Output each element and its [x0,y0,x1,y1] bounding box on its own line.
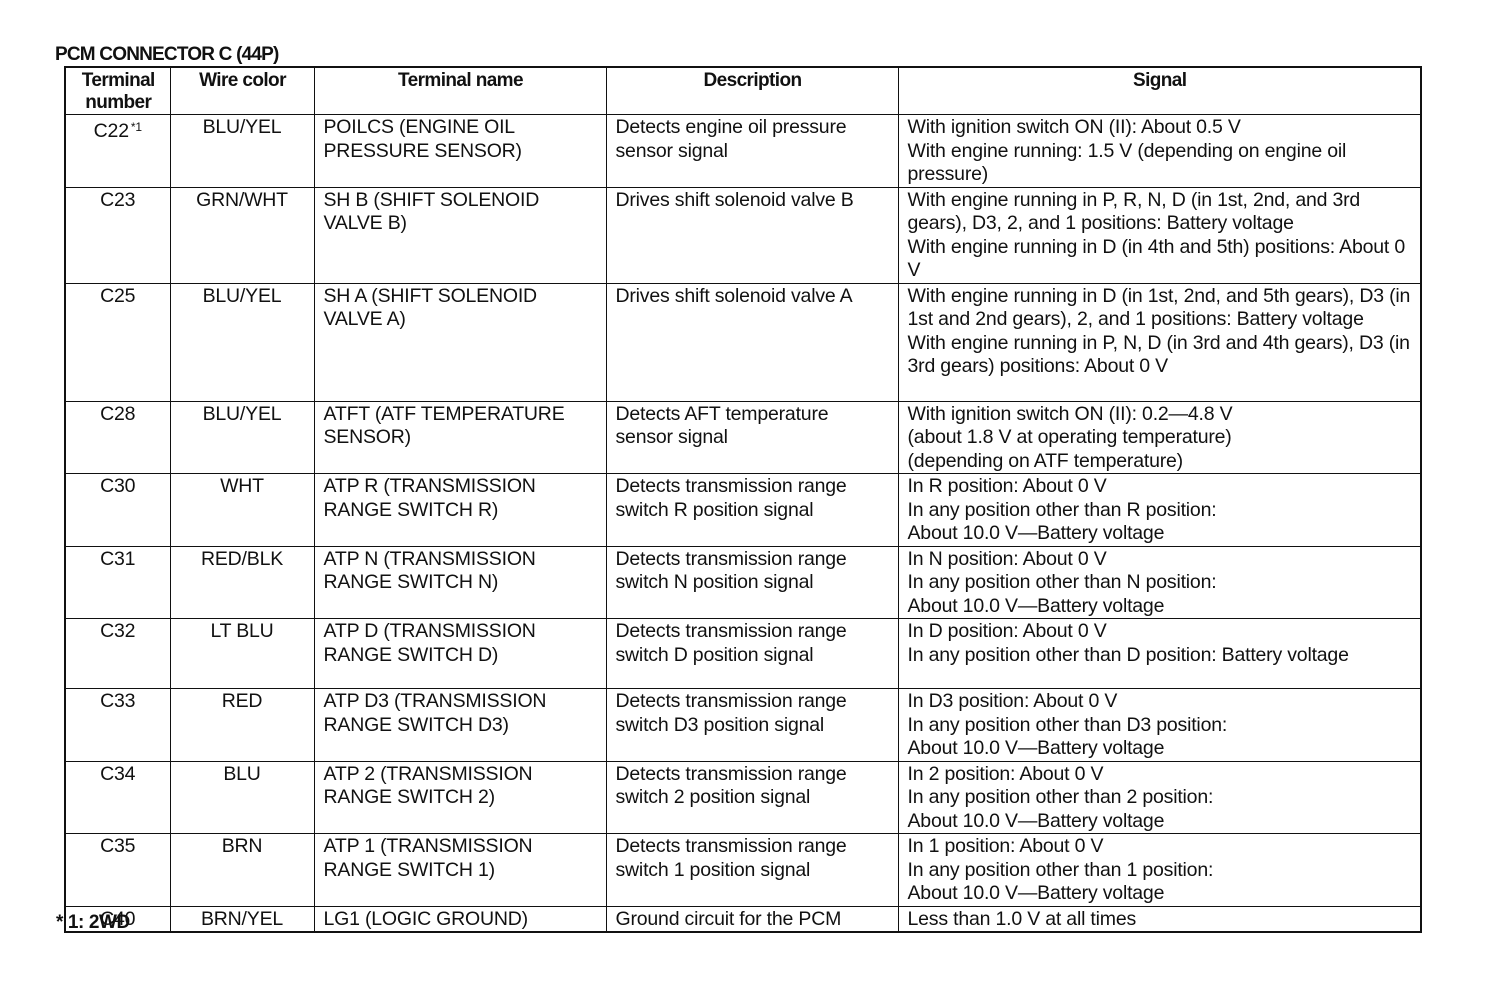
cell-terminal-name: SH A (SHIFT SOLENOID VALVE A) [314,283,606,401]
cell-signal: In D3 position: About 0 VIn any position… [898,689,1421,762]
cell-signal: With ignition switch ON (II): 0.2—4.8 V(… [898,401,1421,474]
cell-wire-color: BRN/YEL [170,906,314,932]
cell-terminal-name: ATP D3 (TRANSMISSION RANGE SWITCH D3) [314,689,606,762]
cell-wire-color: WHT [170,474,314,547]
header-signal: Signal [898,67,1421,115]
signal-line: In D3 position: About 0 V [908,690,1413,714]
cell-signal: In 2 position: About 0 VIn any position … [898,761,1421,834]
terminal-number: C23 [100,189,135,211]
cell-terminal-name: ATP D (TRANSMISSION RANGE SWITCH D) [314,619,606,689]
cell-wire-color: BRN [170,834,314,907]
cell-terminal-number: C23 [65,187,170,283]
signal-line: With engine running: 1.5 V (depending on… [908,140,1413,187]
cell-signal: In 1 position: About 0 VIn any position … [898,834,1421,907]
cell-description: Detects transmission range switch D posi… [606,619,898,689]
signal-line: In N position: About 0 V [908,548,1413,572]
cell-description: Ground circuit for the PCM [606,906,898,932]
signal-line: About 10.0 V—Battery voltage [908,522,1413,546]
table-row: C40BRN/YELLG1 (LOGIC GROUND)Ground circu… [65,906,1421,932]
header-terminal-name: Terminal name [314,67,606,115]
signal-line: In R position: About 0 V [908,475,1413,499]
signal-line: With ignition switch ON (II): 0.2—4.8 V [908,403,1413,427]
cell-terminal-name: ATFT (ATF TEMPERATURE SENSOR) [314,401,606,474]
terminal-number: C35 [100,835,135,857]
cell-description: Drives shift solenoid valve A [606,283,898,401]
table-row: C33REDATP D3 (TRANSMISSION RANGE SWITCH … [65,689,1421,762]
footnote: * 1: 2WD [56,912,130,934]
cell-description: Detects transmission range switch 1 posi… [606,834,898,907]
signal-line: In any position other than N position: [908,571,1413,595]
cell-terminal-name: LG1 (LOGIC GROUND) [314,906,606,932]
cell-wire-color: LT BLU [170,619,314,689]
signal-line: About 10.0 V—Battery voltage [908,595,1413,619]
table-body: C22*1BLU/YELPOILCS (ENGINE OIL PRESSURE … [65,115,1421,933]
signal-line: About 10.0 V—Battery voltage [908,737,1413,761]
cell-description: Detects engine oil pressure sensor signa… [606,115,898,188]
cell-wire-color: GRN/WHT [170,187,314,283]
cell-terminal-number: C25 [65,283,170,401]
cell-description: Detects transmission range switch 2 posi… [606,761,898,834]
footnote-marker: *1 [131,120,142,134]
pcm-connector-table: Terminal number Wire color Terminal name… [64,66,1422,933]
signal-line: In any position other than D position: B… [908,644,1413,668]
header-wire-color: Wire color [170,67,314,115]
signal-line: About 10.0 V—Battery voltage [908,882,1413,906]
cell-signal: With ignition switch ON (II): About 0.5 … [898,115,1421,188]
signal-line: In any position other than 1 position: [908,859,1413,883]
cell-wire-color: BLU [170,761,314,834]
table-header-row: Terminal number Wire color Terminal name… [65,67,1421,115]
cell-signal: In R position: About 0 VIn any position … [898,474,1421,547]
cell-description: Detects transmission range switch R posi… [606,474,898,547]
table-row: C32LT BLUATP D (TRANSMISSION RANGE SWITC… [65,619,1421,689]
cell-terminal-number: C22*1 [65,115,170,188]
cell-terminal-number: C32 [65,619,170,689]
signal-line: With engine running in D (in 1st, 2nd, a… [908,285,1413,332]
cell-wire-color: BLU/YEL [170,283,314,401]
signal-line: With engine running in D (in 4th and 5th… [908,236,1413,283]
cell-terminal-name: POILCS (ENGINE OIL PRESSURE SENSOR) [314,115,606,188]
table-row: C22*1BLU/YELPOILCS (ENGINE OIL PRESSURE … [65,115,1421,188]
cell-signal: With engine running in D (in 1st, 2nd, a… [898,283,1421,401]
table-row: C35BRNATP 1 (TRANSMISSION RANGE SWITCH 1… [65,834,1421,907]
cell-terminal-number: C33 [65,689,170,762]
terminal-number: C31 [100,548,135,570]
signal-line: With engine running in P, R, N, D (in 1s… [908,189,1413,236]
table-row: C30WHTATP R (TRANSMISSION RANGE SWITCH R… [65,474,1421,547]
cell-wire-color: RED [170,689,314,762]
signal-line: About 10.0 V—Battery voltage [908,810,1413,834]
signal-line: In any position other than 2 position: [908,786,1413,810]
terminal-number: C22 [94,120,129,142]
cell-terminal-number: C30 [65,474,170,547]
cell-signal: With engine running in P, R, N, D (in 1s… [898,187,1421,283]
table-row: C28BLU/YELATFT (ATF TEMPERATURE SENSOR)D… [65,401,1421,474]
signal-line: Less than 1.0 V at all times [908,908,1413,932]
header-description: Description [606,67,898,115]
signal-line: (about 1.8 V at operating temperature) [908,426,1413,450]
cell-description: Detects AFT temperature sensor signal [606,401,898,474]
table-row: C31RED/BLKATP N (TRANSMISSION RANGE SWIT… [65,546,1421,619]
cell-terminal-name: ATP 2 (TRANSMISSION RANGE SWITCH 2) [314,761,606,834]
signal-line: In D position: About 0 V [908,620,1413,644]
signal-line: With ignition switch ON (II): About 0.5 … [908,116,1413,140]
cell-description: Detects transmission range switch N posi… [606,546,898,619]
signal-line: In any position other than R position: [908,499,1413,523]
terminal-number: C32 [100,620,135,642]
cell-terminal-number: C34 [65,761,170,834]
signal-line: In 1 position: About 0 V [908,835,1413,859]
signal-line: (depending on ATF temperature) [908,450,1413,474]
terminal-number: C25 [100,285,135,307]
cell-signal: In D position: About 0 VIn any position … [898,619,1421,689]
document-title: PCM CONNECTOR C (44P) [55,44,279,66]
cell-wire-color: BLU/YEL [170,115,314,188]
terminal-number: C34 [100,763,135,785]
terminal-number: C33 [100,690,135,712]
cell-terminal-name: ATP N (TRANSMISSION RANGE SWITCH N) [314,546,606,619]
cell-terminal-number: C31 [65,546,170,619]
cell-signal: Less than 1.0 V at all times [898,906,1421,932]
header-terminal-number: Terminal number [65,67,170,115]
cell-wire-color: BLU/YEL [170,401,314,474]
table-row: C25BLU/YELSH A (SHIFT SOLENOID VALVE A)D… [65,283,1421,401]
cell-terminal-number: C28 [65,401,170,474]
cell-description: Drives shift solenoid valve B [606,187,898,283]
cell-terminal-name: SH B (SHIFT SOLENOID VALVE B) [314,187,606,283]
terminal-number: C30 [100,475,135,497]
cell-signal: In N position: About 0 VIn any position … [898,546,1421,619]
signal-line: With engine running in P, N, D (in 3rd a… [908,332,1413,379]
terminal-number: C28 [100,403,135,425]
table-row: C34BLUATP 2 (TRANSMISSION RANGE SWITCH 2… [65,761,1421,834]
table-row: C23GRN/WHTSH B (SHIFT SOLENOID VALVE B)D… [65,187,1421,283]
cell-wire-color: RED/BLK [170,546,314,619]
cell-terminal-name: ATP R (TRANSMISSION RANGE SWITCH R) [314,474,606,547]
signal-line: In 2 position: About 0 V [908,763,1413,787]
cell-terminal-name: ATP 1 (TRANSMISSION RANGE SWITCH 1) [314,834,606,907]
cell-terminal-number: C35 [65,834,170,907]
signal-line: In any position other than D3 position: [908,714,1413,738]
cell-description: Detects transmission range switch D3 pos… [606,689,898,762]
